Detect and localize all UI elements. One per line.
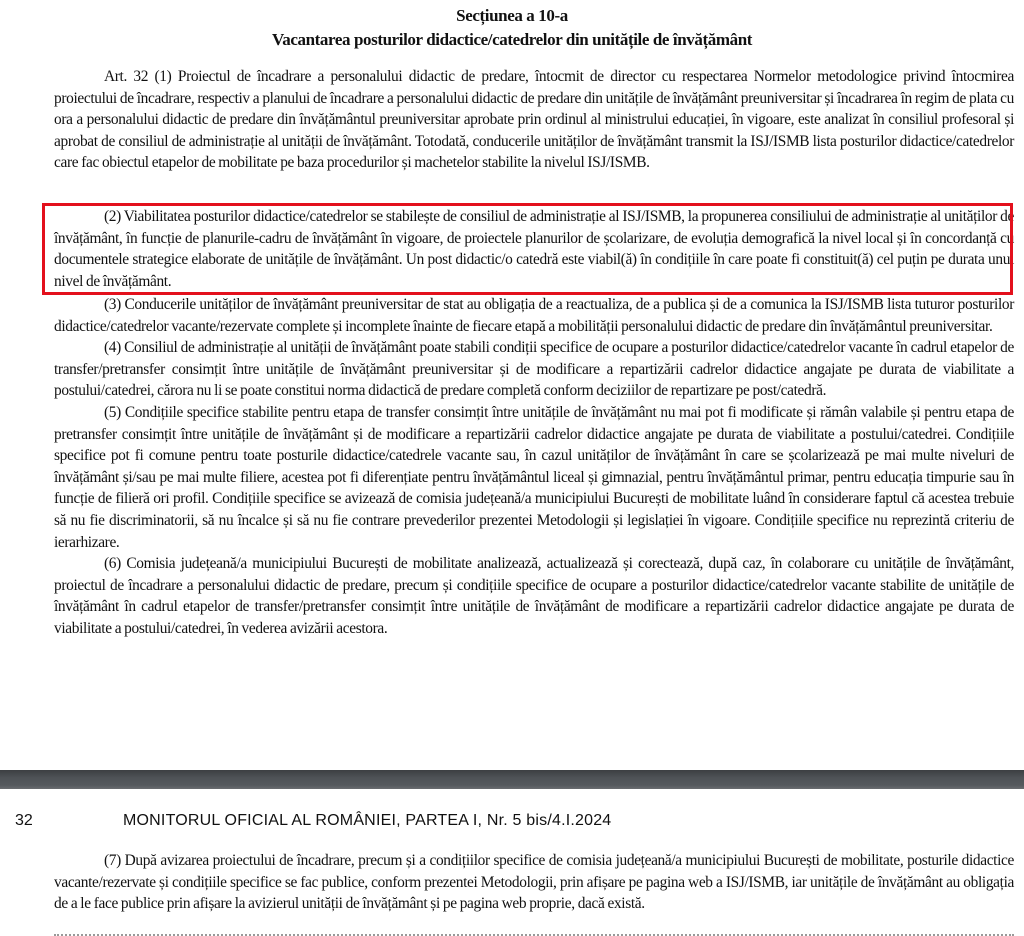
document-page-31: Secțiunea a 10-a Vacantarea posturilor d… (0, 0, 1024, 770)
paragraph-7: (7) După avizarea proiectului de încadra… (54, 850, 1014, 915)
cut-off-text-line (54, 930, 1014, 936)
article-32-paragraph-2: (2) Viabilitatea posturilor didactice/ca… (54, 206, 1014, 292)
section-number: Secțiunea a 10-a (0, 4, 1024, 28)
paragraph-1: Art. 32 (1) Proiectul de încadrare a per… (54, 66, 1014, 174)
page-number: 32 (15, 812, 33, 830)
section-heading: Secțiunea a 10-a Vacantarea posturilor d… (0, 4, 1024, 52)
publication-title: MONITORUL OFICIAL AL ROMÂNIEI, PARTEA I,… (123, 812, 611, 830)
paragraph-2: (2) Viabilitatea posturilor didactice/ca… (54, 206, 1014, 292)
paragraph-4: (4) Consiliul de administrație al unităț… (54, 337, 1014, 402)
article-32-paragraphs-3-6: (3) Conducerile unităților de învățământ… (54, 294, 1014, 640)
page-separator (0, 770, 1024, 789)
article-32-paragraph-7: (7) După avizarea proiectului de încadra… (54, 850, 1014, 915)
article-32-paragraph-1: Art. 32 (1) Proiectul de încadrare a per… (54, 66, 1014, 174)
paragraph-5: (5) Condițiile specifice stabilite pentr… (54, 402, 1014, 553)
paragraph-3: (3) Conducerile unităților de învățământ… (54, 294, 1014, 337)
page-header: 32 MONITORUL OFICIAL AL ROMÂNIEI, PARTEA… (0, 812, 1024, 834)
paragraph-6: (6) Comisia județeană/a municipiului Buc… (54, 553, 1014, 639)
section-title: Vacantarea posturilor didactice/catedrel… (0, 28, 1024, 52)
